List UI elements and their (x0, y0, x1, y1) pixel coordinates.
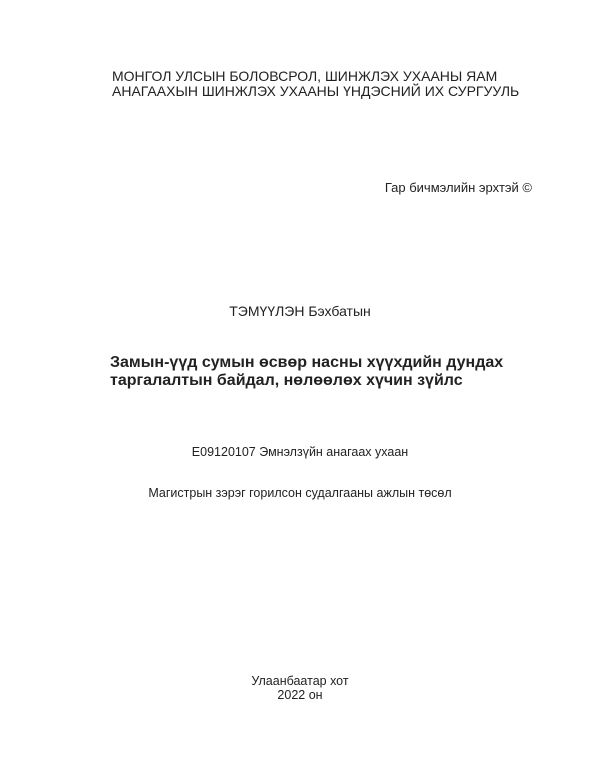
author-name: ТЭМҮҮЛЭН Бэхбатын (150, 303, 450, 319)
thesis-title-line-1: Замын-үүд сумын өсвөр насны хүүхдийн дун… (110, 354, 490, 372)
copyright-note: Гар бичмэлийн эрхтэй © (385, 180, 532, 196)
institution-line-2: АНАГААХЫН ШИНЖЛЭХ УХААНЫ ҮНДЭСНИЙ ИХ СУР… (112, 83, 492, 99)
thesis-title-line-2: таргалалтын байдал, нөлөөлөх хүчин зүйлс (110, 372, 400, 390)
institution-line-1: МОНГОЛ УЛСЫН БОЛОВСРОЛ, ШИНЖЛЭХ УХААНЫ Я… (112, 68, 492, 84)
document-type: Магистрын зэрэг горилсон судалгааны ажлы… (100, 485, 500, 501)
year: 2022 он (150, 687, 450, 703)
specialty-code: E09120107 Эмнэлзүйн анагаах ухаан (150, 444, 450, 460)
